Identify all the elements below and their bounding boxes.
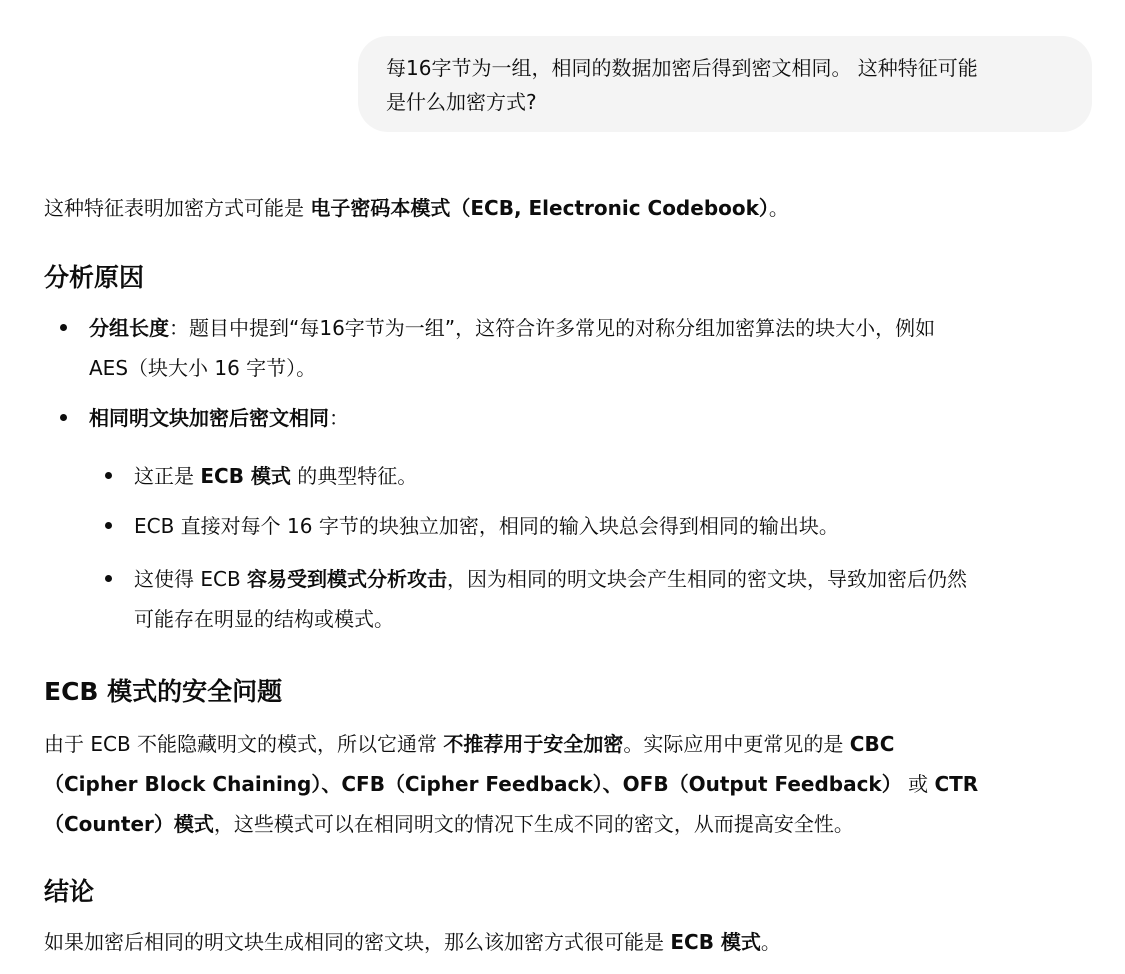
text: 由于 ECB 不能隐藏明文的模式，所以它通常: [44, 732, 443, 756]
bold: （Cipher Block Chaining）、CFB（Cipher Feedb…: [44, 772, 902, 796]
sub-post: ，因为相同的明文块会产生相同的密文块，导致加密后仍然: [447, 567, 967, 591]
bold: CBC: [850, 732, 895, 756]
item-text: ：题目中提到“每16字节为一组”，这符合许多常见的对称分组加密算法的块大小，例如: [169, 316, 935, 340]
sub-bold: ECB 模式: [200, 464, 291, 488]
heading-conclusion: 结论: [44, 872, 94, 908]
item-text: ：: [329, 406, 349, 430]
user-message-line-2: 是什么加密方式?: [386, 85, 1064, 119]
list-item-block-length-cont: AES（块大小 16 字节）。: [89, 348, 316, 388]
list-item-block-length: 分组长度：题目中提到“每16字节为一组”，这符合许多常见的对称分组加密算法的块大…: [89, 308, 935, 348]
intro-text: 这种特征表明加密方式可能是: [44, 196, 310, 220]
sub-bold: 容易受到模式分析攻击: [247, 567, 447, 591]
item-bold: 分组长度: [89, 316, 169, 340]
sub-text: 这正是: [134, 464, 200, 488]
security-paragraph-line-1: 由于 ECB 不能隐藏明文的模式，所以它通常 不推荐用于安全加密。实际应用中更常…: [44, 724, 894, 764]
sublist-item: 这使得 ECB 容易受到模式分析攻击，因为相同的明文块会产生相同的密文块，导致加…: [134, 559, 967, 599]
text: ，这些模式可以在相同明文的情况下生成不同的密文，从而提高安全性。: [214, 812, 854, 836]
text: 。实际应用中更常见的是: [623, 732, 849, 756]
bullet-icon: [60, 414, 67, 421]
bold: （Counter）模式: [44, 812, 214, 836]
sub-post: 的典型特征。: [291, 464, 417, 488]
conclusion-paragraph: 如果加密后相同的明文块生成相同的密文块，那么该加密方式很可能是 ECB 模式。: [44, 922, 781, 962]
intro-post: 。: [769, 196, 789, 220]
item-bold: 相同明文块加密后密文相同: [89, 406, 329, 430]
sublist-item: 这正是 ECB 模式 的典型特征。: [134, 456, 417, 496]
bullet-icon: [105, 472, 112, 479]
security-paragraph-line-3: （Counter）模式，这些模式可以在相同明文的情况下生成不同的密文，从而提高安…: [44, 804, 854, 844]
user-message-bubble: 每16字节为一组，相同的数据加密后得到密文相同。 这种特征可能 是什么加密方式?: [358, 36, 1092, 132]
text: 如果加密后相同的明文块生成相同的密文块，那么该加密方式很可能是: [44, 930, 670, 954]
sublist-item-cont: 可能存在明显的结构或模式。: [134, 599, 394, 639]
user-message-line-1: 每16字节为一组，相同的数据加密后得到密文相同。 这种特征可能: [386, 51, 1064, 85]
bold: 不推荐用于安全加密: [443, 732, 623, 756]
heading-ecb-security: ECB 模式的安全问题: [44, 672, 282, 708]
bold: CTR: [934, 772, 978, 796]
bold: ECB 模式: [670, 930, 761, 954]
security-paragraph-line-2: （Cipher Block Chaining）、CFB（Cipher Feedb…: [44, 764, 978, 804]
bullet-icon: [105, 522, 112, 529]
text: 。: [761, 930, 781, 954]
intro-bold: 电子密码本模式（ECB, Electronic Codebook）: [310, 196, 769, 220]
bullet-icon: [60, 324, 67, 331]
list-item-same-ciphertext: 相同明文块加密后密文相同：: [89, 398, 349, 438]
heading-analysis: 分析原因: [44, 258, 144, 294]
bullet-icon: [105, 575, 112, 582]
intro-paragraph: 这种特征表明加密方式可能是 电子密码本模式（ECB, Electronic Co…: [44, 188, 789, 228]
sub-text: 这使得 ECB: [134, 567, 247, 591]
sublist-item: ECB 直接对每个 16 字节的块独立加密，相同的输入块总会得到相同的输出块。: [134, 506, 839, 546]
text: 或: [902, 772, 935, 796]
